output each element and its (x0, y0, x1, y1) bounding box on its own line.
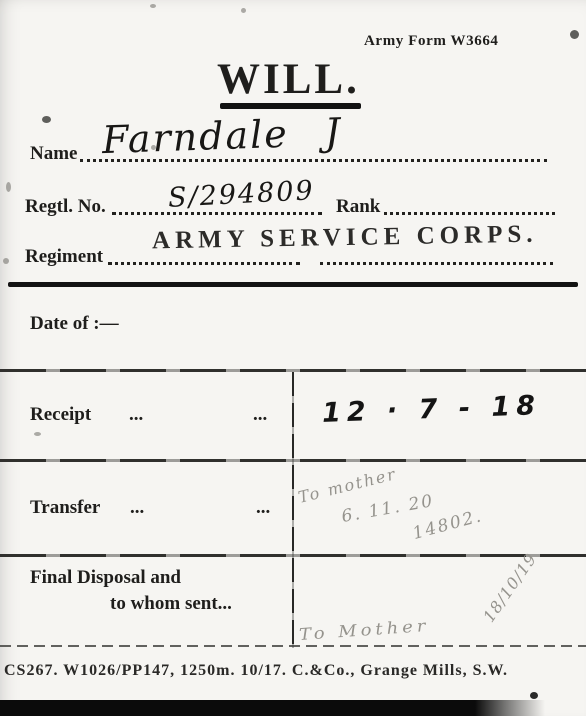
scan-speckle (530, 692, 538, 699)
scan-speckle (3, 258, 9, 264)
will-form-document: Army Form W3664 WILL. Name Farndale J Re… (0, 0, 586, 716)
receipt-dots: ... (253, 404, 267, 426)
table-column-divider (292, 372, 294, 648)
final-disposal-annotation-date: 18/10/19 (479, 549, 540, 625)
transfer-dots: ... (256, 497, 270, 519)
scan-speckle (42, 116, 51, 123)
receipt-dots: ... (129, 404, 143, 426)
table-bottom-rule (0, 645, 586, 647)
transfer-label: Transfer (30, 497, 100, 519)
transfer-dots: ... (130, 497, 144, 519)
regtl-no-handwritten-value: S/294809 (167, 175, 315, 214)
final-disposal-label-line1: Final Disposal and (30, 567, 181, 589)
regiment-label: Regiment (25, 246, 103, 268)
date-of-label: Date of :— (30, 313, 119, 335)
name-handwritten-value: Farndale J (101, 110, 342, 162)
regiment-stamp: ARMY SERVICE CORPS. (152, 221, 538, 256)
scan-speckle (570, 30, 579, 39)
name-label: Name (30, 143, 77, 165)
regiment-leader-line (108, 262, 300, 265)
rank-label: Rank (336, 196, 380, 218)
printer-imprint: CS267. W1026/PP147, 1250m. 10/17. C.&Co.… (4, 662, 508, 680)
regtl-no-leader-line (112, 212, 322, 215)
table-rule (0, 459, 586, 462)
table-rule (0, 554, 586, 557)
receipt-date-handwritten: 12 · 7 - 18 (322, 390, 542, 429)
regtl-no-label: Regtl. No. (25, 196, 106, 218)
scan-speckle (34, 432, 41, 436)
scan-edge-bar (0, 700, 545, 716)
scan-speckle (241, 8, 246, 13)
scan-speckle (150, 4, 156, 8)
scan-speckle (6, 182, 11, 192)
rank-leader-line (384, 212, 555, 215)
section-divider-rule (8, 282, 578, 287)
receipt-label: Receipt (30, 404, 91, 426)
final-disposal-annotation-recipient: To Mother (298, 617, 430, 645)
form-title: WILL. (217, 55, 360, 104)
final-disposal-label-line2: to whom sent... (110, 593, 232, 615)
title-underline (220, 103, 361, 109)
regiment-leader-line (320, 262, 553, 265)
form-number: Army Form W3664 (364, 33, 499, 50)
